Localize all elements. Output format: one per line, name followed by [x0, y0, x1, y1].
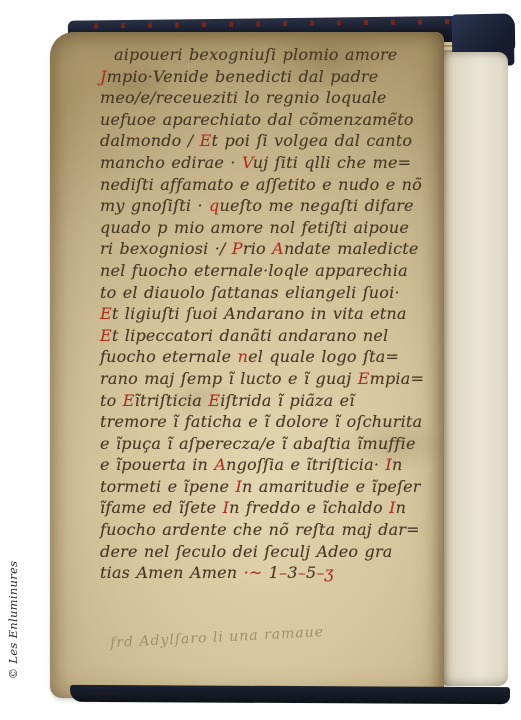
ink-text: 5 [306, 563, 316, 582]
ink-text: ueſto me negaſti difare [220, 196, 414, 215]
manuscript-line: tremore ĩ faticha e ĩ dolore ĩ oſchurita [100, 411, 440, 433]
rubricated-text: ·~ [244, 563, 269, 582]
ink-text: nel fuocho eternale·loqle apparechia [100, 261, 408, 280]
rubricated-text: E [100, 326, 112, 345]
manuscript-line: e ĩpouerta in Angoſſia e ĩtriſticia· In [100, 454, 440, 476]
manuscript-line: aipoueri bexogniuſi plomio amore [114, 44, 440, 66]
ink-text: tormeti e ĩpene [100, 477, 235, 496]
ink-text: ĩfame ed ĩſete [100, 498, 223, 517]
manuscript-line: ri bexogniosi ·/ Prio Andate maledicte [100, 238, 440, 260]
book-binding-bottom-edge [70, 685, 510, 704]
ink-text: my gnoſiſti · [100, 196, 209, 215]
manuscript-line: mancho edirae · Vuj ſiti qlli che me= [100, 152, 440, 174]
manuscript-line: tormeti e ĩpene In amaritudie e ĩpeſer [100, 476, 440, 498]
rubricated-text: E [358, 369, 370, 388]
ink-text: ri bexogniosi ·/ [100, 239, 232, 258]
ink-text: mpio·Venide benedicti dal padre [107, 67, 379, 86]
ink-text: mancho edirae · [100, 153, 242, 172]
ink-text: ngoſſia e ĩtriſticia· [226, 455, 385, 474]
copyright-notice: © Les Enluminures [6, 550, 22, 690]
ink-text: el quale logo ſta= [248, 347, 399, 366]
ink-text: uj ſiti qlli che me= [253, 153, 412, 172]
manuscript-page: aipoueri bexogniuſi plomio amoreJmpio·Ve… [50, 32, 444, 698]
manuscript-line: to Eĩtriſticia Eiſtrida ĩ piãza eĩ [100, 390, 440, 412]
rubricated-text: E [100, 304, 112, 323]
rubricated-text: A [214, 455, 226, 474]
manuscript-line: tias Amen Amen ·~ 1–3–5–ʒ [100, 562, 440, 584]
ink-text: ĩtriſticia [135, 391, 209, 410]
manuscript-line: dalmondo / Et poi ſi volgea dal canto [100, 130, 440, 152]
manuscript-line: quado p mio amore nol fetiſti aipoue [100, 217, 440, 239]
manuscript-line: fuocho eternale nel quale logo ſta= [100, 346, 440, 368]
ink-text: 1 [269, 563, 279, 582]
ink-text: to [100, 391, 123, 410]
manuscript-line: fuocho ardente che nõ reſta maj dar= [100, 519, 440, 541]
ink-text: t ligiuſti ſuoi Andarano in vita etna [112, 304, 407, 323]
manuscript-line: my gnoſiſti · queſto me negaſti difare [100, 195, 440, 217]
ink-text: nediſti affamato e aſſetito e nudo e nõ [100, 175, 422, 194]
ink-text: n [396, 498, 407, 517]
ink-text: ndate maledicte [284, 239, 419, 258]
manuscript-line: meo/e/receueziti lo regnio loquale [100, 87, 440, 109]
manuscript-line: Et ligiuſti ſuoi Andarano in vita etna [100, 303, 440, 325]
rubricated-text: V [242, 153, 253, 172]
rubricated-text: E [123, 391, 135, 410]
rubricated-text: J [100, 67, 107, 86]
manuscript-line: nel fuocho eternale·loqle apparechia [100, 260, 440, 282]
manuscript-line: Jmpio·Venide benedicti dal padre [100, 66, 440, 88]
manuscript-line: e ĩpuça ĩ aſperecza/e ĩ abaſtia ĩmuffie [100, 433, 440, 455]
ink-text: uefuoe aparechiato dal cõmenzamẽto [100, 110, 414, 129]
ink-text: fuocho ardente che nõ reſta maj dar= [100, 520, 420, 539]
ink-text: quado p mio amore nol fetiſti aipoue [100, 218, 409, 237]
rubricated-text: – [298, 563, 306, 582]
manuscript-line: Et lipeccatori danãti andarano nel [100, 325, 440, 347]
rubricated-text: E [208, 391, 220, 410]
ink-text: tias Amen Amen [100, 563, 244, 582]
ink-text: n [392, 455, 403, 474]
rubricated-text: P [232, 239, 243, 258]
owner-inscription: frd Adylſaro li una ramaue [110, 621, 390, 652]
manuscript-line: to el diauolo ſattanas eliangeli ſuoi· [100, 282, 440, 304]
ink-text: e ĩpouerta in [100, 455, 214, 474]
ink-text: tremore ĩ faticha e ĩ dolore ĩ oſchurita [100, 412, 422, 431]
ink-text: rio [243, 239, 272, 258]
ink-text: e ĩpuça ĩ aſperecza/e ĩ abaſtia ĩmuffie [100, 434, 416, 453]
ink-text: t poi ſi volgea dal canto [212, 131, 413, 150]
rubricated-text: n [238, 347, 249, 366]
manuscript-text: aipoueri bexogniuſi plomio amoreJmpio·Ve… [100, 44, 440, 584]
rubricated-text: A [272, 239, 284, 258]
manuscript-line: dere nel ſeculo dei ſeculj Adeo gra [100, 541, 440, 563]
ink-text: iſtrida ĩ piãza eĩ [220, 391, 354, 410]
ink-text: meo/e/receueziti lo regnio loquale [100, 88, 387, 107]
ink-text: 3 [287, 563, 297, 582]
ink-text: aipoueri bexogniuſi plomio amore [114, 45, 397, 64]
ink-text: n amaritudie e ĩpeſer [242, 477, 421, 496]
ink-text: fuocho eternale [100, 347, 238, 366]
ink-text: rano maj ſemp ĩ lucto e ĩ guaj [100, 369, 358, 388]
ink-text: n freddo e ĩchaldo [229, 498, 389, 517]
ink-text: mpia= [370, 369, 424, 388]
rubricated-text: q [209, 196, 219, 215]
rubricated-text: –ʒ [316, 563, 333, 582]
facing-page-edge [442, 52, 508, 686]
ink-text: t lipeccatori danãti andarano nel [112, 326, 388, 345]
ink-text: to el diauolo ſattanas eliangeli ſuoi· [100, 283, 400, 302]
manuscript-photo: aipoueri bexogniuſi plomio amoreJmpio·Ve… [0, 0, 521, 720]
ink-text: dere nel ſeculo dei ſeculj Adeo gra [100, 542, 393, 561]
manuscript-line: ĩfame ed ĩſete In freddo e ĩchaldo In [100, 497, 440, 519]
manuscript-line: rano maj ſemp ĩ lucto e ĩ guaj Empia= [100, 368, 440, 390]
ink-text: dalmondo / [100, 131, 200, 150]
rubricated-text: E [200, 131, 212, 150]
manuscript-line: nediſti affamato e aſſetito e nudo e nõ [100, 174, 440, 196]
manuscript-line: uefuoe aparechiato dal cõmenzamẽto [100, 109, 440, 131]
